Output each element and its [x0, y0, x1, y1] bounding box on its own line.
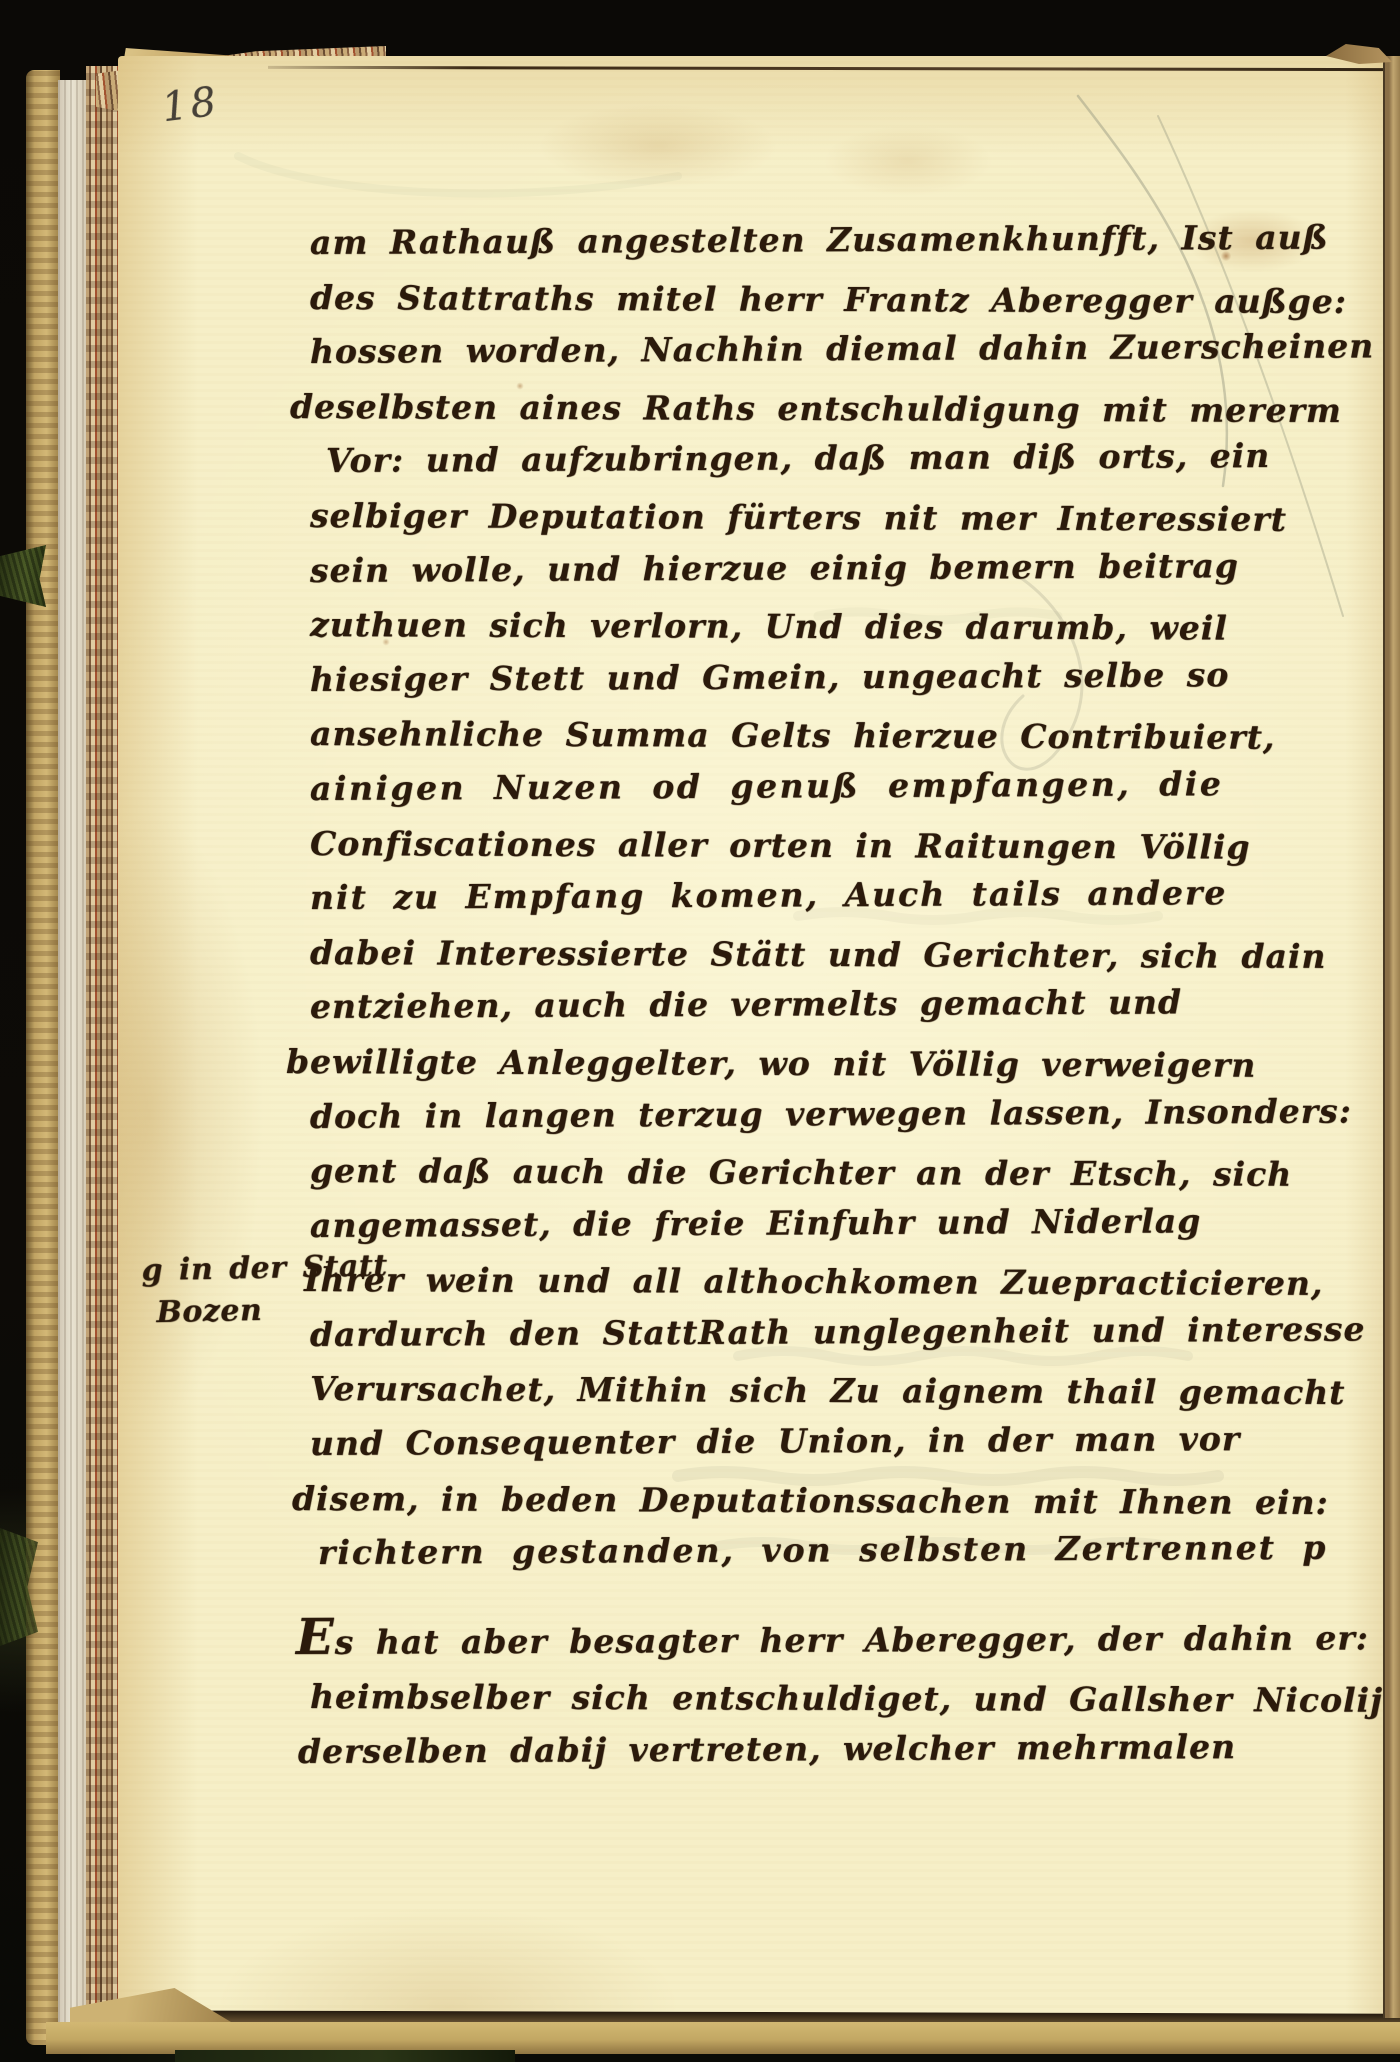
main-paragraph: am Rathauß angestelten Zusamenkhunfft, I… — [310, 216, 1390, 1581]
folio-number: 18 — [159, 79, 221, 132]
book-right-edge — [1383, 56, 1400, 2018]
bookmark-ribbon — [0, 545, 46, 607]
manuscript-line: richtern gestanden, von selbsten Zertren… — [318, 1521, 1390, 1581]
manuscript-line: Es hat aber besagter herr Aberegger, der… — [296, 1605, 1390, 1670]
manuscript-line: ainigen Nuzen od genuß empfangen, die — [310, 756, 1390, 816]
table-surface-strip — [175, 2050, 515, 2062]
manuscript-page: 18 g in der Statt Bozen am Rathauß anges… — [118, 56, 1400, 2016]
page-top-edge-line — [268, 66, 1396, 71]
manuscript-line: doch in langen terzug verwegen lassen, I… — [310, 1084, 1390, 1144]
book-cover-edge — [26, 70, 60, 2045]
manuscript-line: entziehen, auch die vermelts gemacht und — [310, 975, 1390, 1035]
manuscript-line: sein wolle, und hierzue einig bemern bei… — [310, 538, 1390, 598]
manuscript-line: am Rathauß angestelten Zusamenkhunfft, I… — [310, 210, 1390, 270]
manuscript-line: derselben dabij vertreten, welcher mehrm… — [298, 1719, 1390, 1779]
page-block-edge — [58, 80, 86, 2030]
manuscript-line: dardurch den StattRath unglegenheit und … — [310, 1302, 1390, 1362]
manuscript-text-block: am Rathauß angestelten Zusamenkhunfft, I… — [310, 216, 1390, 1780]
manuscript-line: Vor: und aufzubringen, daß man diß orts,… — [326, 429, 1390, 489]
closing-paragraph: Es hat aber besagter herr Aberegger, der… — [310, 1610, 1390, 1780]
manuscript-line: nit zu Empfang komen, Auch tails andere — [310, 865, 1390, 925]
manuscript-line: und Consequenter die Union, in der man v… — [310, 1411, 1390, 1471]
manuscript-line: hiesiger Stett und Gmein, ungeacht selbe… — [310, 647, 1390, 707]
manuscript-photo: 18 g in der Statt Bozen am Rathauß anges… — [0, 0, 1400, 2062]
manuscript-line: hossen worden, Nachhin diemal dahin Zuer… — [310, 320, 1390, 380]
manuscript-line: angemasset, die freie Einfuhr und Niderl… — [310, 1193, 1390, 1253]
